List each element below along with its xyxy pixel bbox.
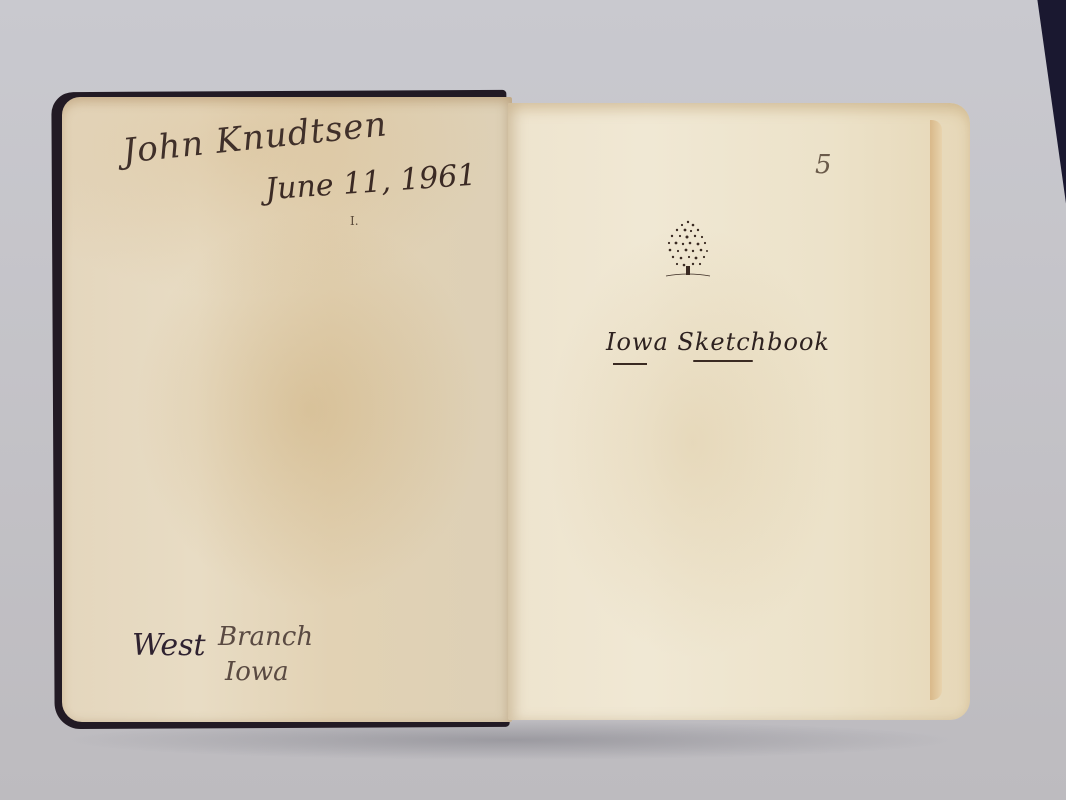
margin-mark: 5	[815, 150, 832, 180]
right-page	[508, 103, 970, 720]
place-west: West	[132, 628, 206, 663]
dark-object-edge	[1036, 0, 1066, 250]
tree-drawing-icon	[660, 216, 716, 282]
place-iowa: Iowa	[225, 657, 289, 687]
page-fore-edge	[930, 120, 942, 700]
book-title: Iowa Sketchbook	[606, 328, 830, 356]
title-underline	[613, 363, 647, 365]
place-branch: Branch	[218, 622, 313, 652]
page-number: I.	[350, 214, 359, 228]
title-underline	[693, 360, 753, 362]
